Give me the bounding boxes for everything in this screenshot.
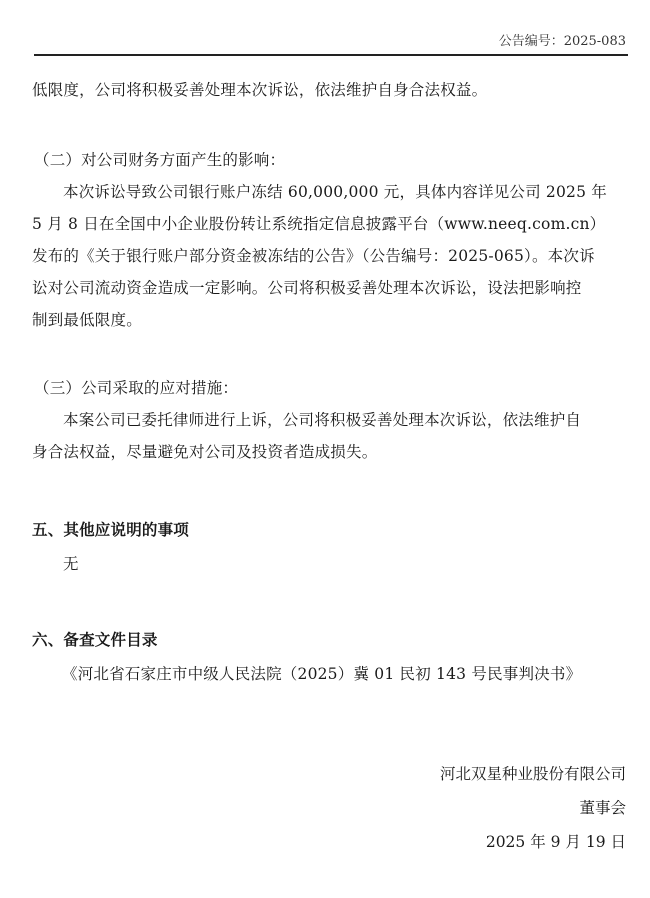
section-6-heading: 六、备查文件目录 (32, 628, 158, 650)
paragraph-continuation: 低限度，公司将积极妥善处理本次诉讼，依法维护自身合法权益。 (32, 78, 487, 100)
section-2-title: （二）对公司财务方面产生的影响： (34, 148, 285, 170)
header-divider (34, 54, 628, 56)
announcement-number: 公告编号：2025-083 (499, 30, 626, 49)
section-3-line-2: 身合法权益，尽量避免对公司及投资者造成损失。 (32, 440, 377, 462)
section-5-content: 无 (63, 552, 79, 574)
signature-date: 2025 年 9 月 19 日 (486, 830, 626, 852)
section-2-line-2: 5 月 8 日在全国中小企业股份转让系统指定信息披露平台（www.neeq.co… (32, 212, 605, 234)
section-6-content: 《河北省石家庄市中级人民法院（2025）冀 01 民初 143 号民事判决书》 (62, 662, 581, 684)
signature-board: 董事会 (579, 796, 626, 818)
signature-company: 河北双星种业股份有限公司 (440, 762, 626, 784)
section-3-title: （三）公司采取的应对措施： (34, 376, 238, 398)
section-3-line-1: 本案公司已委托律师进行上诉，公司将积极妥善处理本次诉讼，依法维护自 (63, 408, 581, 430)
section-2-line-4: 讼对公司流动资金造成一定影响。公司将积极妥善处理本次诉讼，设法把影响控 (32, 276, 582, 298)
section-5-heading: 五、其他应说明的事项 (32, 518, 189, 540)
section-2-line-5: 制到最低限度。 (32, 308, 142, 330)
section-2-line-1: 本次诉讼导致公司银行账户冻结 60,000,000 元，具体内容详见公司 202… (63, 180, 607, 202)
section-2-line-3: 发布的《关于银行账户部分资金被冻结的公告》（公告编号：2025-065）。本次诉 (32, 244, 595, 266)
